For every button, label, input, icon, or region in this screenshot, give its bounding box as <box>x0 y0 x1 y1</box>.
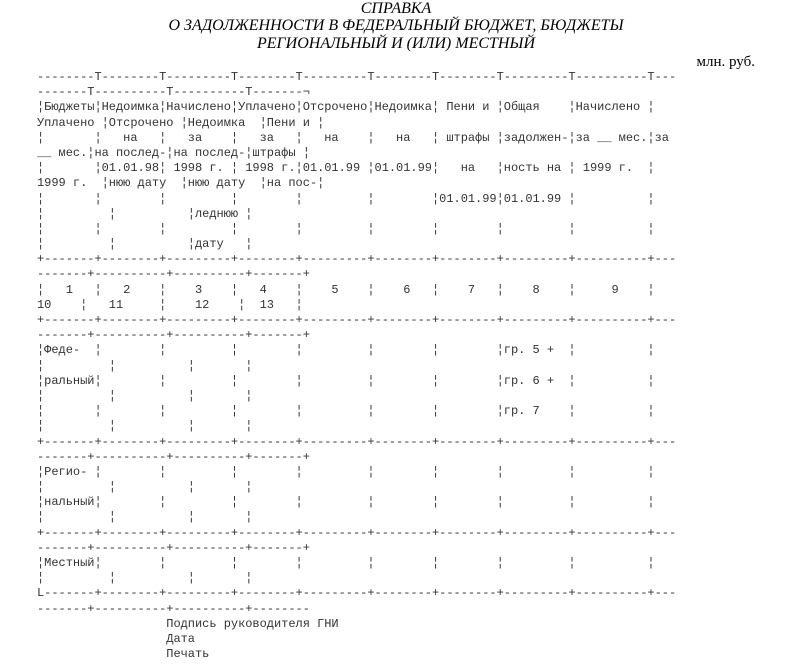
debt-report-table: --------T--------T---------T--------T---… <box>37 70 676 662</box>
table-text-line: Дата <box>37 632 676 647</box>
document-subtitle-line-2: РЕГИОНАЛЬНЫЙ И (ИЛИ) МЕСТНЫЙ <box>0 35 792 53</box>
table-text-line: ¦ ¦ ¦ ¦ <box>37 389 676 404</box>
document-subtitle-line-1: О ЗАДОЛЖЕННОСТИ В ФЕДЕРАЛЬНЫЙ БЮДЖЕТ, БЮ… <box>0 17 792 35</box>
table-text-line: __ мес.¦на послед-¦на послед-¦штрафы ¦ <box>37 146 676 161</box>
table-text-line: 10 ¦ 11 ¦ 12 ¦ 13 ¦ <box>37 298 676 313</box>
table-text-line: ¦ ¦ ¦дату ¦ <box>37 237 676 252</box>
table-text-line: Уплачено ¦Отсрочено ¦Недоимка ¦Пени и ¦ <box>37 116 676 131</box>
table-text-line: ¦Феде- ¦ ¦ ¦ ¦ ¦ ¦ ¦гр. 5 + ¦ ¦ <box>37 343 676 358</box>
table-text-line: ¦ 1 ¦ 2 ¦ 3 ¦ 4 ¦ 5 ¦ 6 ¦ 7 ¦ 8 ¦ 9 ¦ <box>37 283 676 298</box>
table-text-line: ¦Регио- ¦ ¦ ¦ ¦ ¦ ¦ ¦ ¦ ¦ <box>37 465 676 480</box>
table-text-line: ¦Местный¦ ¦ ¦ ¦ ¦ ¦ ¦ ¦ ¦ <box>37 556 676 571</box>
table-text-line: ¦ ¦ ¦ ¦ <box>37 510 676 525</box>
table-text-line: -------+----------+----------+-------- <box>37 602 676 617</box>
table-text-line: --------T--------T---------T--------T---… <box>37 70 676 85</box>
table-text-line: ¦ ¦ ¦ ¦ <box>37 480 676 495</box>
table-text-line: ¦ ¦ ¦ ¦ ¦ ¦ ¦01.01.99¦01.01.99 ¦ ¦ <box>37 192 676 207</box>
table-text-line: -------+----------+----------+-------+ <box>37 541 676 556</box>
units-label: млн. руб. <box>697 53 756 71</box>
table-text-line: +-------+--------+---------+--------+---… <box>37 435 676 450</box>
document-title: СПРАВКА <box>0 0 792 18</box>
table-text-line: +-------+--------+---------+--------+---… <box>37 526 676 541</box>
table-text-line: 1999 г. ¦нюю дату ¦нюю дату ¦на пос-¦ <box>37 176 676 191</box>
table-text-line: ¦ ¦ на ¦ за ¦ за ¦ на ¦ на ¦ штрафы ¦зад… <box>37 131 676 146</box>
table-text-line: -------+----------+----------+-------+ <box>37 328 676 343</box>
table-text-line: Печать <box>37 647 676 662</box>
table-text-line: +-------+--------+---------+--------+---… <box>37 313 676 328</box>
table-text-line: -------+----------+----------+-------+ <box>37 267 676 282</box>
table-text-line: ¦ ¦ ¦ ¦ <box>37 571 676 586</box>
table-text-line: Подпись руководителя ГНИ <box>37 617 676 632</box>
table-text-line: ¦ ¦ ¦ ¦ ¦ ¦ ¦ ¦гр. 7 ¦ ¦ <box>37 404 676 419</box>
table-text-line: ¦ ¦ ¦ ¦ <box>37 359 676 374</box>
table-text-line: +-------+--------+---------+--------+---… <box>37 252 676 267</box>
table-text-line: ¦ ¦ ¦леднюю ¦ <box>37 207 676 222</box>
table-text-line: ¦ральный¦ ¦ ¦ ¦ ¦ ¦ ¦гр. 6 + ¦ ¦ <box>37 374 676 389</box>
table-text-line: -------T----------T----------T-------¬ <box>37 85 676 100</box>
table-text-line: ¦ ¦ ¦ ¦ <box>37 419 676 434</box>
table-text-line: ¦нальный¦ ¦ ¦ ¦ ¦ ¦ ¦ ¦ ¦ <box>37 495 676 510</box>
table-text-line: ¦Бюджеты¦Недоимка¦Начислено¦Уплачено¦Отс… <box>37 100 676 115</box>
table-text-line: ¦ ¦ ¦ ¦ ¦ ¦ ¦ ¦ ¦ ¦ <box>37 222 676 237</box>
table-text-line: -------+----------+----------+-------+ <box>37 450 676 465</box>
table-text-line: ¦ ¦01.01.98¦ 1998 г. ¦ 1998 г.¦01.01.99 … <box>37 161 676 176</box>
table-text-line: L-------+--------+---------+--------+---… <box>37 586 676 601</box>
